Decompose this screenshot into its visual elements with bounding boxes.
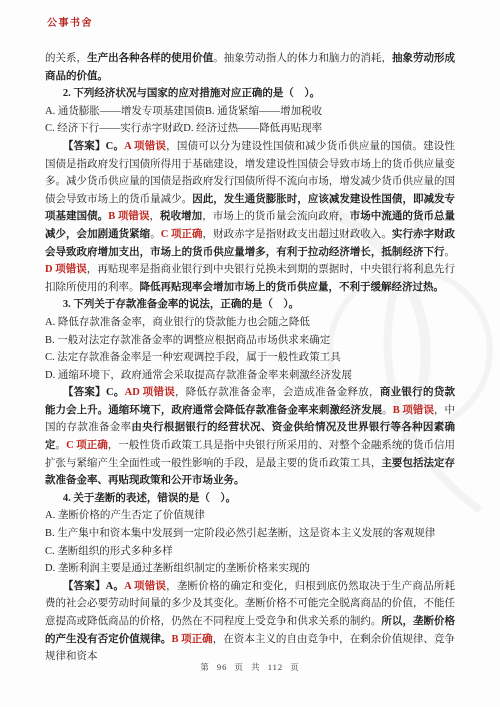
text-segment: 。 (56, 440, 67, 451)
document-body: 的关系，生产出各种各样的使用价值。抽象劳动指人的体力和脑力的消耗，抽象劳动形成商… (45, 50, 455, 666)
text-segment: B 项错误 (108, 211, 149, 222)
text-segment: C. 垄断组织的形式多种多样 (45, 546, 173, 557)
question-heading: 4. 关于垄断的表述，错误的是（ ）。 (45, 490, 455, 508)
text-segment: C 项正确 (66, 440, 108, 451)
text-segment: 生产出各种各样的使用价值 (87, 53, 213, 64)
text-segment: 税收增加 (160, 211, 202, 222)
text-segment: 【答案】C。 (63, 387, 125, 398)
body-paragraph: 的关系，生产出各种各样的使用价值。抽象劳动指人的体力和脑力的消耗，抽象劳动形成商… (45, 50, 455, 85)
text-segment: 3. 下列关于存款准备金率的说法，正确的是（ ）。 (63, 299, 299, 310)
text-segment: 【答案】C。 (63, 141, 124, 152)
text-segment: 。 (445, 247, 456, 258)
text-segment: D. 通缩环境下，政府通常会采取提高存款准备金率来刺激经济发展 (45, 370, 352, 381)
question-heading: 3. 下列关于存款准备金率的说法，正确的是（ ）。 (45, 296, 455, 314)
question-heading: 2. 下列经济状况与国家的应对措施对应正确的是（ ）。 (45, 85, 455, 103)
publisher-logo: 公事书舍 (47, 14, 93, 29)
option-cell: A. 通货膨胀——增发专项基建国债 (45, 106, 205, 117)
text-segment: 。 (150, 229, 161, 240)
option-cell: D. 经济过热——降低再贴现率 (183, 123, 322, 134)
text-segment: B 项错误 (393, 405, 434, 416)
text-segment: B. 生产集中和资本集中发展到一定阶段必然引起垄断，这是资本主义发展的客观规律 (45, 528, 435, 539)
text-segment: A. 降低存款准备金率，商业银行的贷款能力也会随之降低 (45, 317, 310, 328)
text-segment: D 项错误 (45, 264, 87, 275)
text-segment: ，财政赤字是指财政支出超过财政收入。 (203, 229, 392, 240)
text-segment: D. 垄断利润主要是通过垄断组织制定的垄断价格来实现的 (45, 563, 310, 574)
text-segment: 。抽象劳动指人的体力和脑力的消耗， (213, 53, 392, 64)
option-cell: B. 通货紧缩——增加税收 (205, 106, 322, 117)
answer-paragraph: 【答案】C。AD 项错误，降低存款准备金率，会造成准备金释放，商业银行的贷款能力… (45, 384, 455, 490)
text-segment: C. 法定存款准备金率是一种宏观调控手段，属于一般性政策工具 (45, 352, 341, 363)
text-segment: ，降低存款准备金率，会造成准备金释放， (175, 387, 380, 398)
text-segment: C 项正确 (161, 229, 203, 240)
answer-paragraph: 【答案】A。A 项错误，垄断价格的确定和变化，归根到底仍然取决于生产商品所耗费的… (45, 578, 455, 666)
option-line: D. 通缩环境下，政府通常会采取提高存款准备金率来刺激经济发展 (45, 367, 455, 385)
option-line: A. 垄断价格的产生否定了价值规律 (45, 507, 455, 525)
text-segment: A 项错误 (124, 141, 166, 152)
text-segment: B 项正确 (171, 634, 212, 645)
answer-paragraph: 【答案】C。A 项错误，国债可以分为建设性国债和减少货币供应量的国债。建设性国债… (45, 138, 455, 296)
text-segment: 。 (382, 405, 393, 416)
text-segment: 降低再贴现率会增加市场上的货币供应量，不利于缓解经济过热。 (140, 282, 445, 293)
text-segment: A. 垄断价格的产生否定了价值规律 (45, 510, 205, 521)
option-line: C. 垄断组织的形式多种多样 (45, 543, 455, 561)
text-segment: 2. 下列经济状况与国家的应对措施对应正确的是（ ）。 (63, 88, 320, 99)
page-number: 第 96 页 共 112 页 (0, 661, 500, 673)
text-segment: B. 一般对法定存款准备金率的调整应根据商品市场供求来确定 (45, 335, 330, 346)
text-segment: ， (150, 211, 161, 222)
option-line: C. 法定存款准备金率是一种宏观调控手段，属于一般性政策工具 (45, 349, 455, 367)
option-line: A. 降低存款准备金率，商业银行的贷款能力也会随之降低 (45, 314, 455, 332)
options-row: A. 通货膨胀——增发专项基建国债B. 通货紧缩——增加税收 (45, 103, 455, 121)
text-segment: ，市场上的货币量会流向政府， (202, 211, 350, 222)
text-segment: 的关系， (45, 53, 87, 64)
text-segment: 4. 关于垄断的表述，错误的是（ ）。 (63, 493, 236, 504)
option-line: B. 一般对法定存款准备金率的调整应根据商品市场供求来确定 (45, 332, 455, 350)
document-page: 公事书舍 的关系，生产出各种各样的使用价值。抽象劳动指人的体力和脑力的消耗，抽象… (0, 0, 500, 707)
option-line: B. 生产集中和资本集中发展到一定阶段必然引起垄断，这是资本主义发展的客观规律 (45, 525, 455, 543)
option-cell: C. 经济下行——实行赤字财政 (45, 123, 183, 134)
text-segment: A 项错误 (124, 581, 166, 592)
options-row: C. 经济下行——实行赤字财政D. 经济过热——降低再贴现率 (45, 120, 455, 138)
text-segment: 【答案】A。 (63, 581, 124, 592)
option-line: D. 垄断利润主要是通过垄断组织制定的垄断价格来实现的 (45, 560, 455, 578)
text-segment: AD 项错误 (125, 387, 175, 398)
